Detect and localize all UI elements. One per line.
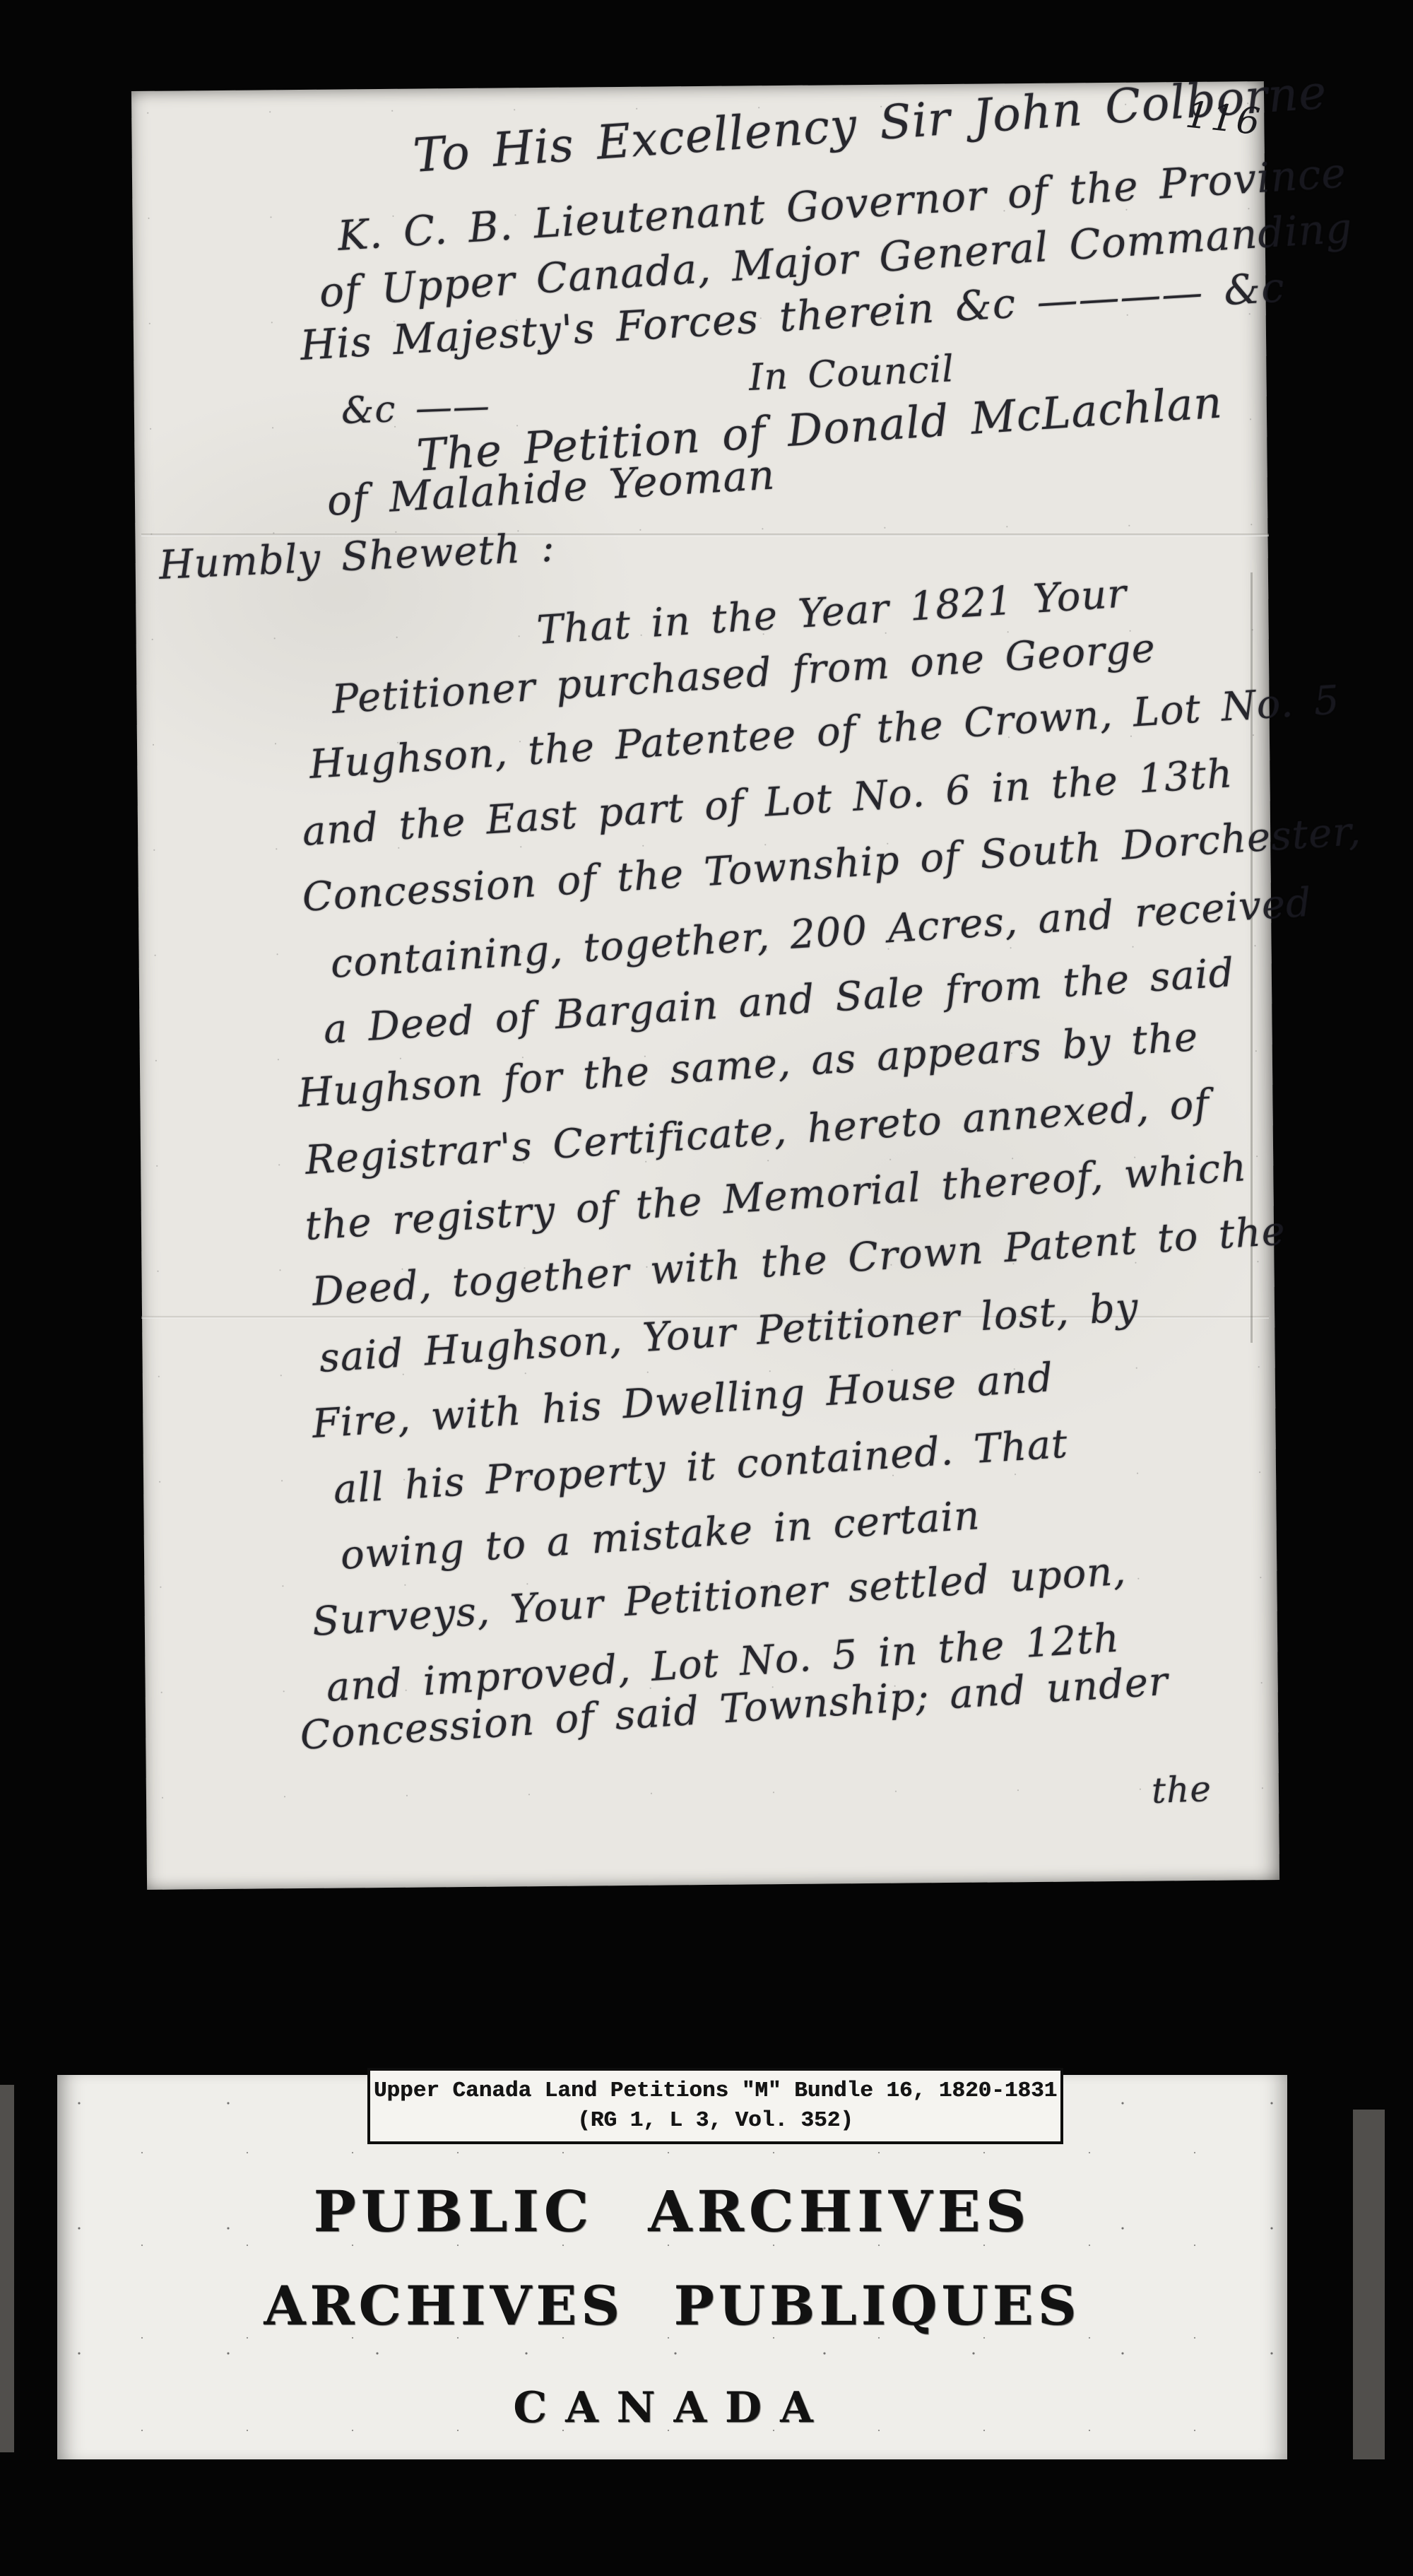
manuscript-line: In Council xyxy=(748,348,955,399)
archives-publiques-title: ARCHIVES PUBLIQUES xyxy=(57,2274,1287,2337)
stamp-line-1: Upper Canada Land Petitions "M" Bundle 1… xyxy=(374,2076,1057,2106)
manuscript-line: &c —— xyxy=(341,385,491,433)
reference-stamp: Upper Canada Land Petitions "M" Bundle 1… xyxy=(367,2068,1063,2144)
manuscript-line: the xyxy=(1151,1768,1212,1811)
film-edge-sliver xyxy=(0,2085,14,2452)
canada-title: CANADA xyxy=(57,2383,1287,2433)
microfilm-scan: 116 To His Excellency Sir John ColborneK… xyxy=(0,0,1413,2576)
film-edge-sliver xyxy=(1353,2110,1385,2459)
public-archives-title: PUBLIC ARCHIVES xyxy=(57,2178,1287,2245)
stamp-line-2: (RG 1, L 3, Vol. 352) xyxy=(577,2106,853,2136)
